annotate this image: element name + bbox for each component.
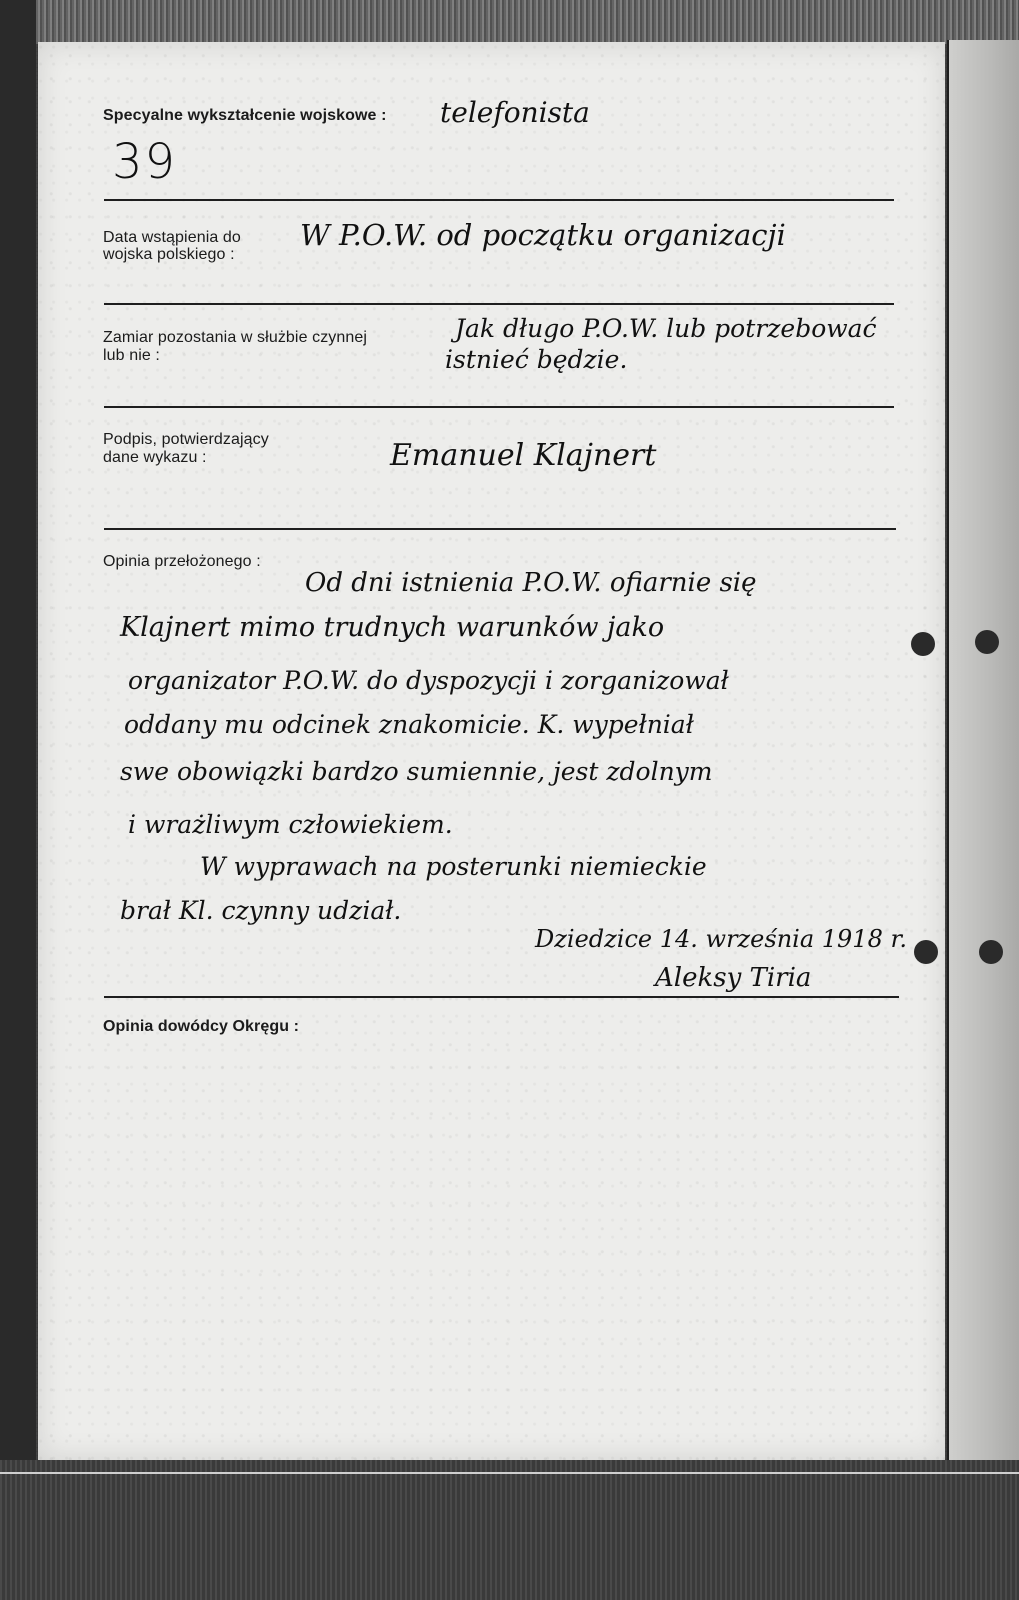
label-date-joined-line2: wojska polskiego : [103, 246, 235, 264]
label-service-intent-line1: Zamiar pozostania w służbie czynnej [103, 329, 367, 347]
ink-blot [979, 940, 1003, 964]
divider-rule [104, 528, 896, 530]
divider-rule [104, 199, 894, 201]
opinion-line-5: swe obowiązki bardzo sumiennie, jest zdo… [120, 757, 713, 786]
divider-rule [104, 996, 899, 998]
scan-top-edge [36, 0, 1019, 44]
divider-rule [104, 303, 894, 305]
value-signature: Emanuel Klajnert [390, 438, 656, 473]
scan-bottom-edge [0, 1460, 1019, 1600]
handwritten-page-number: 39 [112, 134, 177, 190]
ink-blot [914, 940, 938, 964]
label-military-education: Specyalne wykształcenie wojskowe : [103, 107, 387, 125]
value-date-joined: W P.O.W. od początku organizacji [300, 218, 786, 252]
opinion-line-4: oddany mu odcinek znakomicie. K. wypełni… [124, 710, 694, 739]
adjacent-page-edge [947, 40, 1019, 1460]
ink-blot [911, 632, 935, 656]
label-date-joined-line1: Data wstąpienia do [103, 229, 241, 247]
opinion-line-1: Od dni istnienia P.O.W. ofiarnie się [305, 568, 757, 598]
opinion-line-7: W wyprawach na posterunki niemieckie [200, 852, 707, 881]
value-military-education: telefonista [440, 96, 590, 129]
ink-blot [975, 630, 999, 654]
opinion-signature: Aleksy Tiria [655, 963, 811, 993]
divider-rule [104, 406, 894, 408]
label-signature-line2: dane wykazu : [103, 449, 207, 467]
label-signature-line1: Podpis, potwierdzający [103, 431, 269, 449]
scan-left-edge [0, 0, 36, 1600]
opinion-line-6: i wrażliwym człowiekiem. [128, 810, 453, 839]
label-service-intent-line2: lub nie : [103, 347, 160, 365]
label-superior-opinion: Opinia przełożonego : [103, 553, 261, 571]
label-district-commander-opinion: Opinia dowódcy Okręgu : [103, 1018, 299, 1036]
value-service-intent-line1: Jak długo P.O.W. lub potrzebować [455, 314, 877, 343]
opinion-line-8: brał Kl. czynny udział. [120, 896, 401, 925]
value-service-intent-line2: istnieć będzie. [445, 345, 627, 374]
opinion-line-2: Klajnert mimo trudnych warunków jako [120, 612, 664, 643]
opinion-line-3: organizator P.O.W. do dyspozycji i zorga… [128, 666, 729, 695]
opinion-place-date: Dziedzice 14. września 1918 r. [535, 925, 907, 953]
